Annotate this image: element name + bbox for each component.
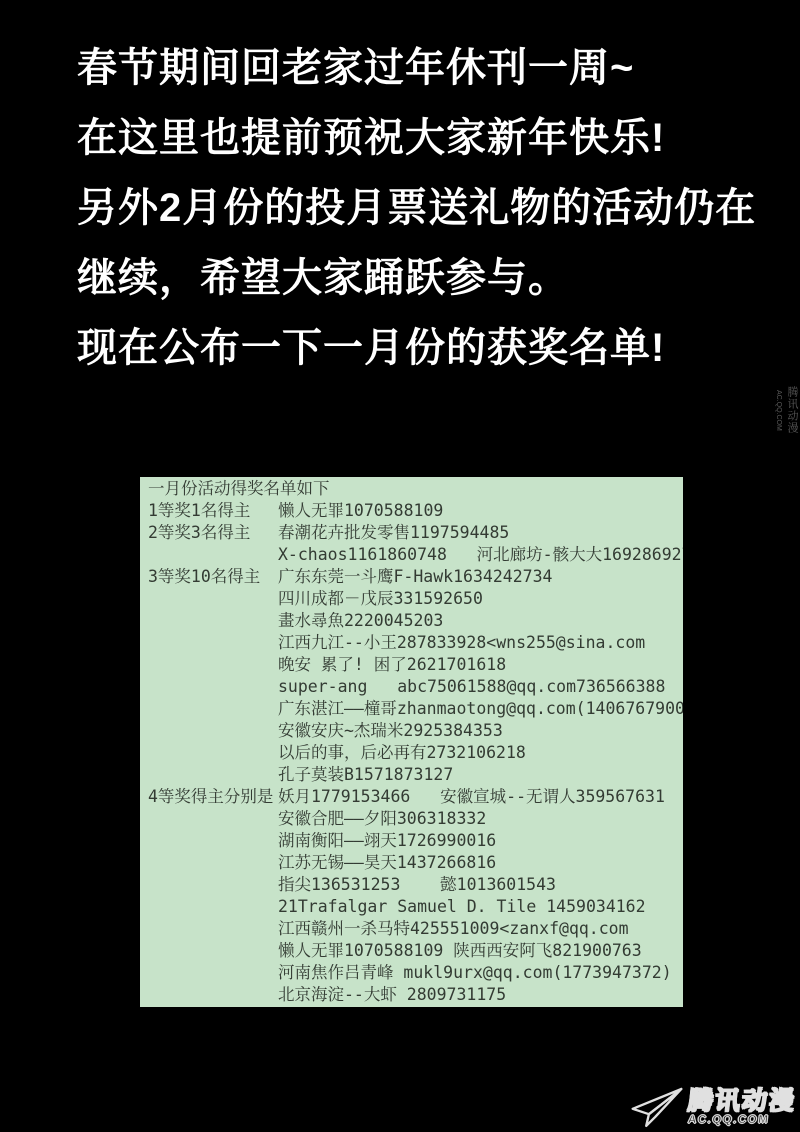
watermark-site: AC.QQ.COM xyxy=(687,1114,769,1126)
side-watermark-brand: 腾讯动漫 xyxy=(785,386,798,434)
comic-page: { "colors": { "background": "#000000", "… xyxy=(0,0,800,1132)
winner-value: 以后的事，后必再有2732106218 xyxy=(278,742,526,764)
announcement-line: 另外2月份的投月票送礼物的活动仍在 xyxy=(77,173,756,243)
paper-plane-icon xyxy=(630,1084,684,1130)
announcement-line: 继续，希望大家踊跃参与。 xyxy=(77,243,756,313)
winner-row: X-chaos1161860748 河北廊坊-骸大大1692869272 xyxy=(148,544,683,566)
winner-prize-label xyxy=(148,742,278,764)
side-watermark: 腾讯动漫 AC.QQ.COM xyxy=(772,386,798,434)
announcement-line: 春节期间回老家过年休刊一周~ xyxy=(77,33,756,103)
winner-value: 河南焦作吕青峰 mukl9urx@qq.com(1773947372) xyxy=(278,962,672,984)
winner-value: 广东湛江——橦哥zhanmaotong@qq.com(1406767900 xyxy=(278,698,683,720)
winner-prize-label xyxy=(148,720,278,742)
watermark-brand: 腾讯动漫 xyxy=(687,1088,798,1114)
winner-prize-label xyxy=(148,632,278,654)
winner-value: 春潮花卉批发零售1197594485 xyxy=(278,522,509,544)
winner-row: 畫水尋魚2220045203 xyxy=(148,610,683,632)
winner-row: 四川成都－戊辰331592650 xyxy=(148,588,683,610)
winner-value: super-ang abc75061588@qq.com736566388 xyxy=(278,676,665,698)
winner-row: 安徽合肥——夕阳306318332 xyxy=(148,808,683,830)
announcement-line: 在这里也提前预祝大家新年快乐! xyxy=(77,103,756,173)
winner-prize-label xyxy=(148,852,278,874)
winner-value: 四川成都－戊辰331592650 xyxy=(278,588,483,610)
winner-value: 孔子莫装B1571873127 xyxy=(278,764,453,786)
winner-value: 江苏无锡——昊天1437266816 xyxy=(278,852,496,874)
winner-prize-label: 2等奖3名得主 xyxy=(148,522,278,544)
winner-prize-label xyxy=(148,676,278,698)
winner-row: 2等奖3名得主 春潮花卉批发零售1197594485 xyxy=(148,522,683,544)
winner-prize-label xyxy=(148,544,278,566)
winner-prize-label: 4等奖得主分别是 xyxy=(148,786,278,808)
winner-value: 懒人无罪1070588109 陕西西安阿飞821900763 xyxy=(278,940,642,962)
winner-value: 晚安 累了! 困了2621701618 xyxy=(278,654,506,676)
announcement-text: 春节期间回老家过年休刊一周~在这里也提前预祝大家新年快乐!另外2月份的投月票送礼… xyxy=(77,33,756,383)
winner-row: 湖南衡阳——翊天1726990016 xyxy=(148,830,683,852)
panel-title: 一月份活动得奖名单如下 xyxy=(148,478,683,500)
winner-row: 安徽安庆~杰瑞米2925384353 xyxy=(148,720,683,742)
winners-list: 1等奖1名得主 懒人无罪1070588109 2等奖3名得主 春潮花卉批发零售1… xyxy=(148,500,683,1006)
winner-row: 3等奖10名得主 广东东莞一斗鹰F-Hawk1634242734 xyxy=(148,566,683,588)
winner-value: 江西赣州一杀马特425551009<zanxf@qq.com xyxy=(278,918,629,940)
winner-prize-label xyxy=(148,588,278,610)
watermark-text: 腾讯动漫 AC.QQ.COM xyxy=(688,1088,796,1126)
winner-prize-label xyxy=(148,654,278,676)
winner-value: 安徽安庆~杰瑞米2925384353 xyxy=(278,720,503,742)
winner-prize-label xyxy=(148,764,278,786)
winner-row: 河南焦作吕青峰 mukl9urx@qq.com(1773947372) xyxy=(148,962,683,984)
winner-value: 21Trafalgar Samuel D. Tile 1459034162 xyxy=(278,896,646,918)
tencent-watermark: 腾讯动漫 AC.QQ.COM xyxy=(630,1084,796,1130)
winner-prize-label xyxy=(148,698,278,720)
winners-panel: 一月份活动得奖名单如下 1等奖1名得主 懒人无罪1070588109 2等奖3名… xyxy=(140,477,683,1007)
winner-row: 孔子莫装B1571873127 xyxy=(148,764,683,786)
winner-row: super-ang abc75061588@qq.com736566388 xyxy=(148,676,683,698)
winner-prize-label: 3等奖10名得主 xyxy=(148,566,278,588)
winner-row: 1等奖1名得主 懒人无罪1070588109 xyxy=(148,500,683,522)
winner-row: 21Trafalgar Samuel D. Tile 1459034162 xyxy=(148,896,683,918)
winner-value: 广东东莞一斗鹰F-Hawk1634242734 xyxy=(278,566,552,588)
winner-prize-label xyxy=(148,984,278,1006)
winner-value: 北京海淀--大虾 2809731175 xyxy=(278,984,506,1006)
winner-row: 江西赣州一杀马特425551009<zanxf@qq.com xyxy=(148,918,683,940)
winner-value: 湖南衡阳——翊天1726990016 xyxy=(278,830,496,852)
winner-row: 懒人无罪1070588109 陕西西安阿飞821900763 xyxy=(148,940,683,962)
winner-prize-label xyxy=(148,940,278,962)
winner-value: 指尖136531253 懿1013601543 xyxy=(278,874,556,896)
winner-row: 4等奖得主分别是 妖月1779153466 安徽宣城--无谓人359567631 xyxy=(148,786,683,808)
winner-row: 北京海淀--大虾 2809731175 xyxy=(148,984,683,1006)
winner-row: 晚安 累了! 困了2621701618 xyxy=(148,654,683,676)
announcement-line: 现在公布一下一月份的获奖名单! xyxy=(77,313,756,383)
winner-row: 广东湛江——橦哥zhanmaotong@qq.com(1406767900 xyxy=(148,698,683,720)
winner-prize-label xyxy=(148,918,278,940)
winner-value: X-chaos1161860748 河北廊坊-骸大大1692869272 xyxy=(278,544,683,566)
winner-row: 江西九江--小王287833928<wns255@sina.com xyxy=(148,632,683,654)
winner-row: 以后的事，后必再有2732106218 xyxy=(148,742,683,764)
winner-value: 江西九江--小王287833928<wns255@sina.com xyxy=(278,632,645,654)
winner-value: 安徽合肥——夕阳306318332 xyxy=(278,808,486,830)
winner-value: 懒人无罪1070588109 xyxy=(278,500,443,522)
winner-value: 妖月1779153466 安徽宣城--无谓人359567631 xyxy=(278,786,665,808)
winner-prize-label xyxy=(148,962,278,984)
winner-prize-label xyxy=(148,808,278,830)
winner-row: 指尖136531253 懿1013601543 xyxy=(148,874,683,896)
side-watermark-site: AC.QQ.COM xyxy=(772,390,785,431)
winner-prize-label xyxy=(148,874,278,896)
winner-value: 畫水尋魚2220045203 xyxy=(278,610,443,632)
winner-prize-label xyxy=(148,896,278,918)
winner-prize-label xyxy=(148,830,278,852)
winner-row: 江苏无锡——昊天1437266816 xyxy=(148,852,683,874)
winner-prize-label: 1等奖1名得主 xyxy=(148,500,278,522)
winner-prize-label xyxy=(148,610,278,632)
